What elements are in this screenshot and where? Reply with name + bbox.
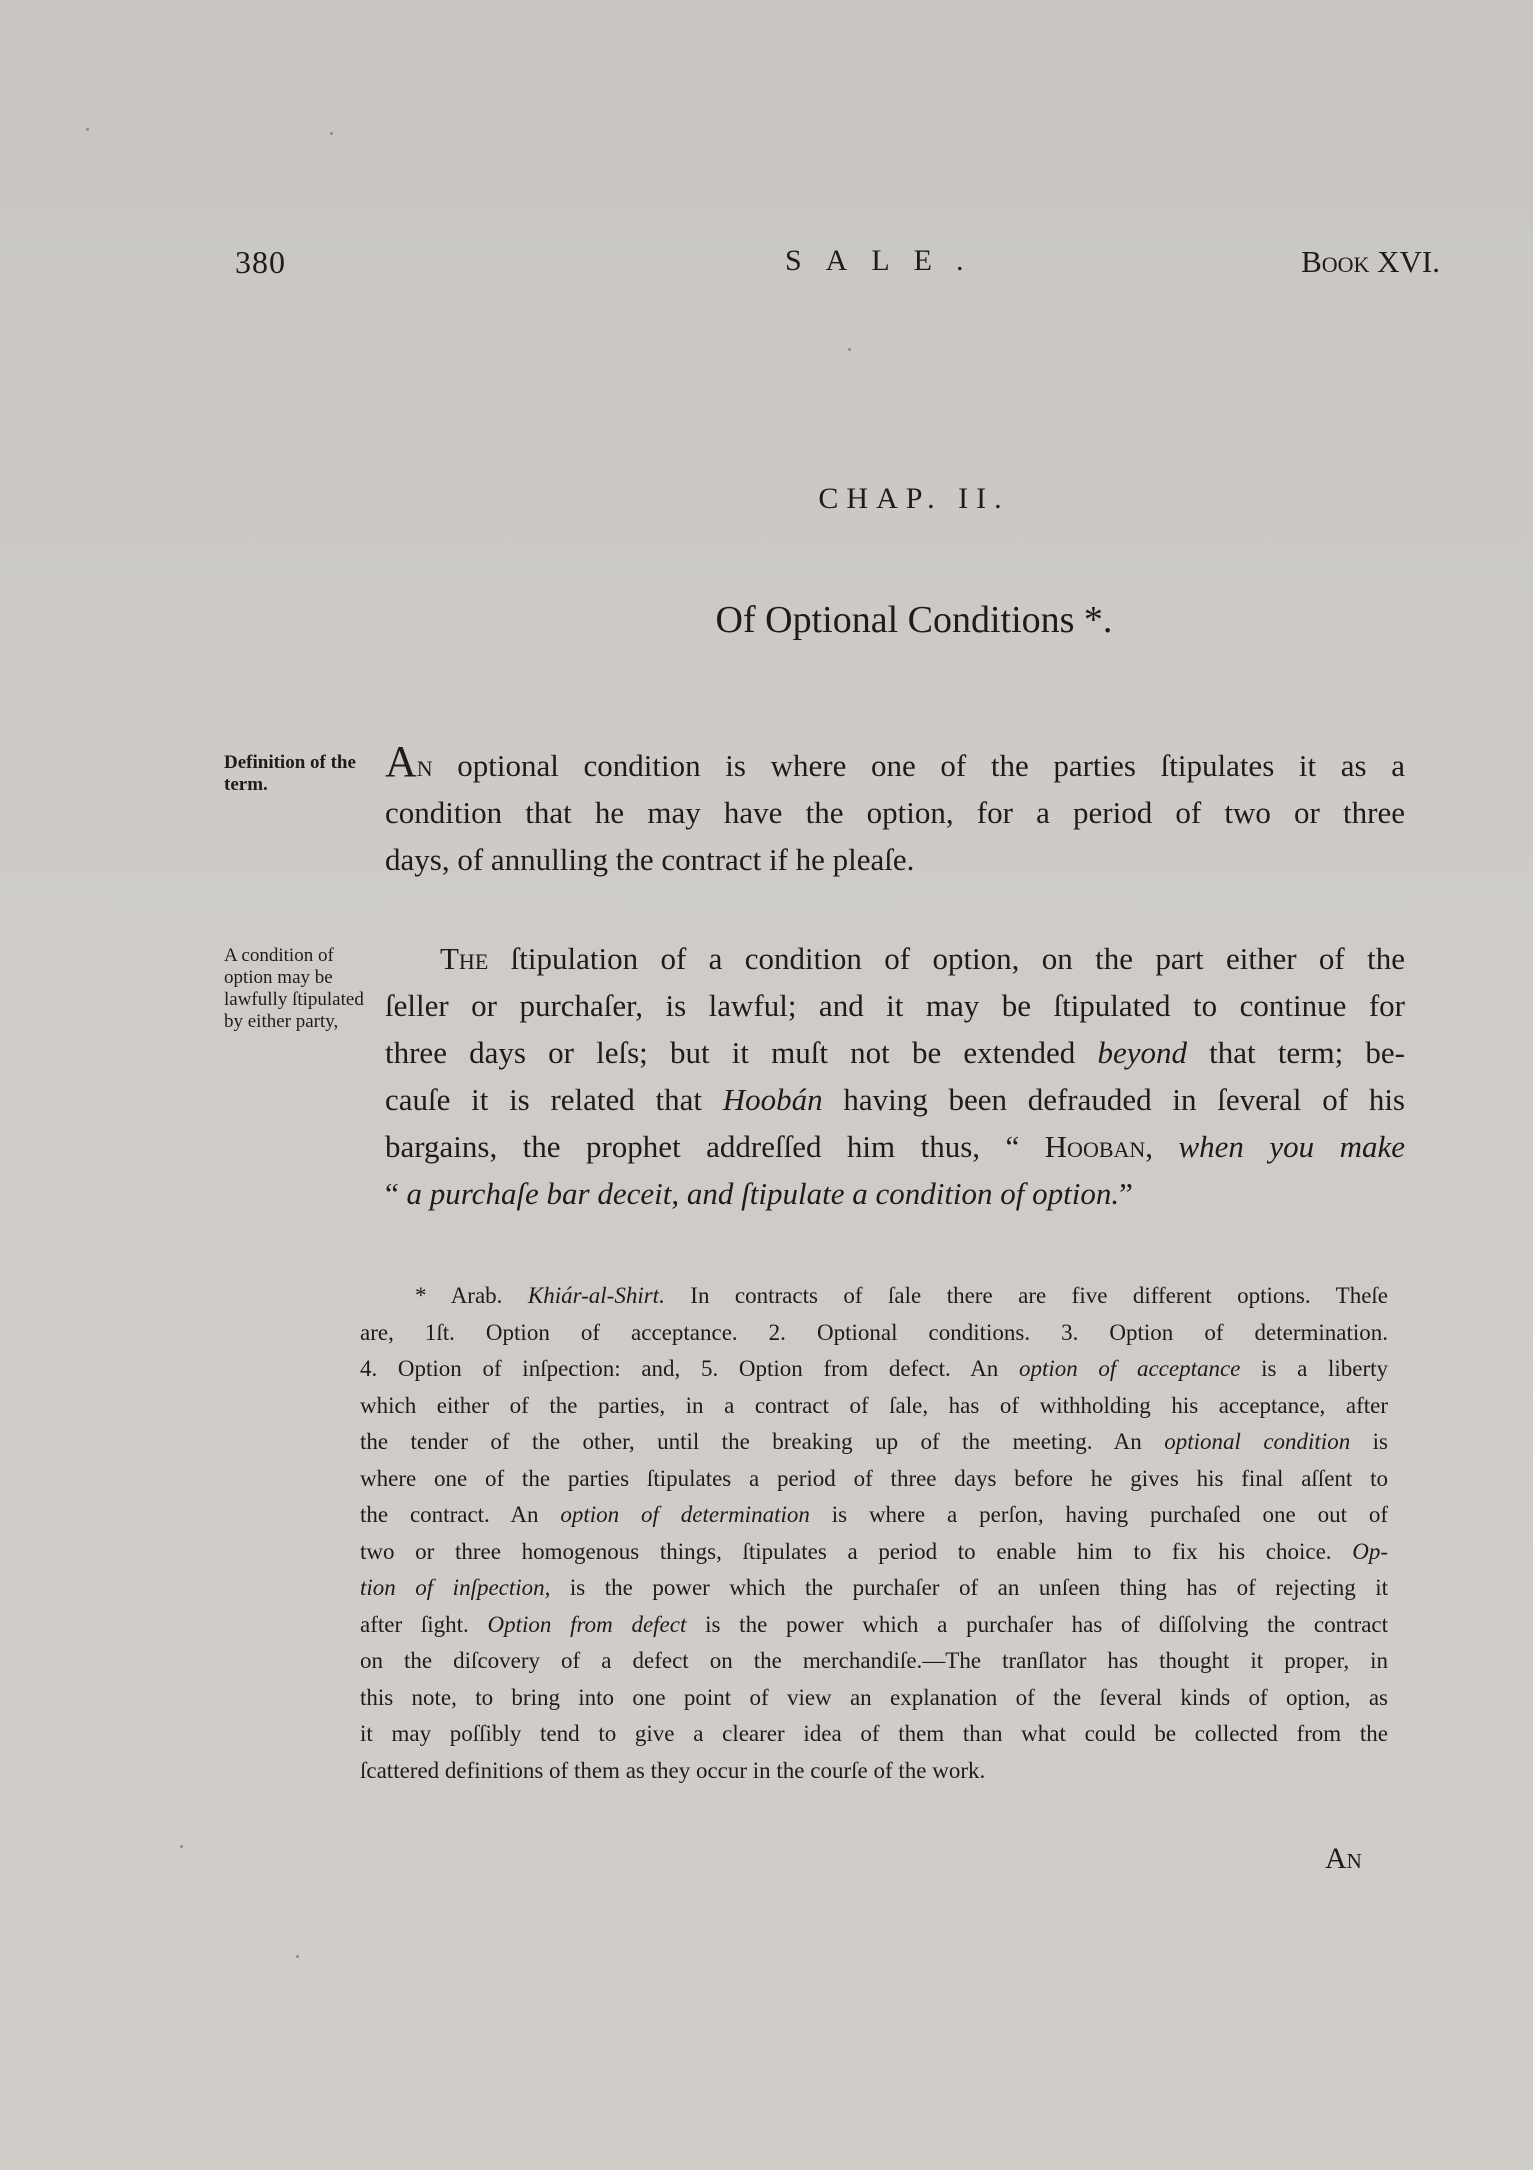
catchword: An <box>1325 1842 1362 1876</box>
paper-speck <box>180 1845 183 1848</box>
book-label: Book XVI. <box>1301 244 1440 280</box>
text-line: An optional condition is where one of th… <box>385 738 1405 789</box>
paper-speck <box>86 128 89 131</box>
marginal-note-condition-of-option: A condition of option may be lawfully ſt… <box>224 945 364 1033</box>
marginal-note-definition: Definition of the term. <box>224 752 374 796</box>
text-line: days, of annulling the contract if he pl… <box>385 836 1405 883</box>
paper-speck <box>296 1955 299 1958</box>
footnote-line: the tender of the other, until the break… <box>360 1424 1388 1461</box>
footnote-line: it may poſſibly tend to give a clearer i… <box>360 1716 1388 1753</box>
text-line: “ a purchaſe bar deceit, and ſtipulate a… <box>385 1170 1405 1217</box>
paper-speck <box>330 132 333 135</box>
text-line: condition that he may have the option, f… <box>385 789 1405 836</box>
footnote-line: on the diſcovery of a defect on the merc… <box>360 1643 1388 1680</box>
footnote-line: * Arab. Khiár-al-Shirt. In contracts of … <box>360 1278 1388 1315</box>
footnote: * Arab. Khiár-al-Shirt. In contracts of … <box>360 1278 1388 1789</box>
text-line: The ſtipulation of a condition of option… <box>385 935 1405 982</box>
text-line: cauſe it is related that Hoobán having b… <box>385 1076 1405 1123</box>
footnote-line: after ſight. Option from defect is the p… <box>360 1607 1388 1644</box>
footnote-line: where one of the parties ſtipulates a pe… <box>360 1461 1388 1498</box>
text-line: three days or leſs; but it muſt not be e… <box>385 1029 1405 1076</box>
footnote-line: ſcattered definitions of them as they oc… <box>360 1753 1388 1790</box>
running-title: SALE. <box>785 244 988 278</box>
running-head: 380 SALE. Book XVI. <box>235 244 1440 284</box>
footnote-line: the contract. An option of determination… <box>360 1497 1388 1534</box>
chapter-title: Of Optional Conditions *. <box>0 598 1533 642</box>
text-line: ſeller or purchaſer, is lawful; and it m… <box>385 982 1405 1029</box>
footnote-line: are, 1ſt. Option of acceptance. 2. Optio… <box>360 1315 1388 1352</box>
footnote-line: 4. Option of inſpection: and, 5. Option … <box>360 1351 1388 1388</box>
paragraph-definition: An optional condition is where one of th… <box>385 738 1405 883</box>
footnote-line: which either of the parties, in a contra… <box>360 1388 1388 1425</box>
paragraph-stipulation: The ſtipulation of a condition of option… <box>385 935 1405 1217</box>
footnote-line: tion of inſpection, is the power which t… <box>360 1570 1388 1607</box>
page-number: 380 <box>235 244 286 281</box>
footnote-line: two or three homogenous things, ſtipulat… <box>360 1534 1388 1571</box>
text-line: bargains, the prophet addreſſed him thus… <box>385 1123 1405 1170</box>
footnote-line: this note, to bring into one point of vi… <box>360 1680 1388 1717</box>
initial-letter: A <box>385 737 417 786</box>
book-page: 380 SALE. Book XVI. CHAP. II. Of Optiona… <box>0 0 1533 2170</box>
chapter-label: CHAP. II. <box>0 482 1533 516</box>
paper-speck <box>848 348 851 351</box>
